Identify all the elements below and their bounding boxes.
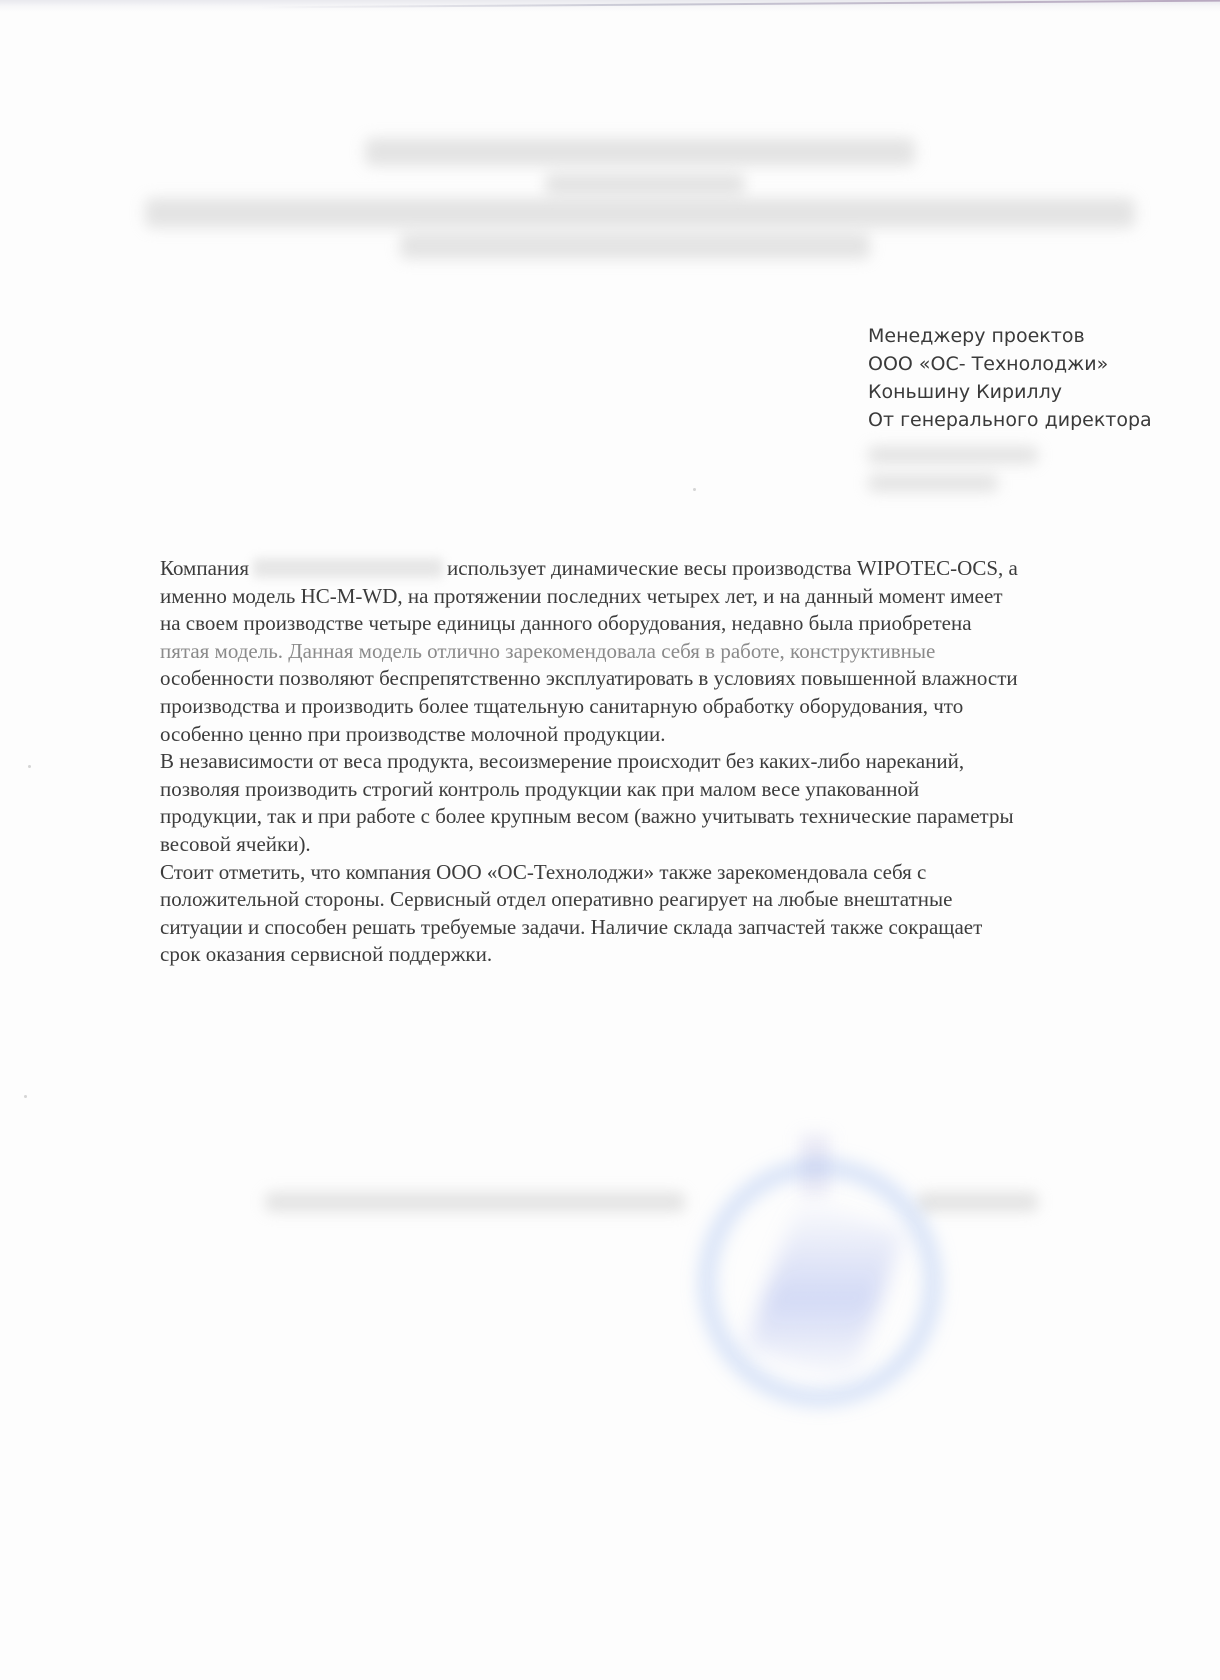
body-text-span: использует динамические весы производств… xyxy=(447,556,1018,580)
body-text-span: производства и производить более тщатель… xyxy=(160,694,963,718)
body-text-span: весовой ячейки). xyxy=(160,832,311,856)
body-line: пятая модель. Данная модель отлично заре… xyxy=(160,638,1160,666)
body-line: срок оказания сервисной поддержки. xyxy=(160,941,1160,969)
body-line: именно модель HC-M-WD, на протяжении пос… xyxy=(160,583,1160,611)
addressee-line: От генерального директора xyxy=(868,406,1152,434)
scan-speck xyxy=(24,1095,27,1098)
letter-body: Компанияиспользует динамические весы про… xyxy=(160,555,1160,969)
sender-company-redacted xyxy=(868,446,1038,464)
letterhead-line-redacted xyxy=(365,138,915,166)
body-line: особенности позволяют беспрепятственно э… xyxy=(160,665,1160,693)
addressee-line: Коньшину Кириллу xyxy=(868,378,1152,406)
body-line: ситуации и способен решать требуемые зад… xyxy=(160,914,1160,942)
signature-title-redacted xyxy=(265,1192,685,1212)
body-line: весовой ячейки). xyxy=(160,831,1160,859)
body-text-span: Компания xyxy=(160,556,249,580)
body-text-span: на своем производстве четыре единицы дан… xyxy=(160,611,972,635)
addressee-line: Менеджеру проектов xyxy=(868,322,1152,350)
body-text-span: ситуации и способен решать требуемые зад… xyxy=(160,915,982,939)
body-line: Компанияиспользует динамические весы про… xyxy=(160,555,1160,583)
company-name-redacted xyxy=(253,558,443,578)
body-line: позволяя производить строгий контроль пр… xyxy=(160,776,1160,804)
body-text-span: Стоит отметить, что компания ООО «ОС-Тех… xyxy=(160,860,926,884)
body-text-span: именно модель HC-M-WD, на протяжении пос… xyxy=(160,584,1003,608)
body-line: производства и производить более тщатель… xyxy=(160,693,1160,721)
body-line: продукции, так и при работе с более круп… xyxy=(160,803,1160,831)
signature-name-redacted xyxy=(918,1192,1038,1212)
body-text-span: срок оказания сервисной поддержки. xyxy=(160,942,492,966)
body-line: положительной стороны. Сервисный отдел о… xyxy=(160,886,1160,914)
letterhead-line-redacted xyxy=(400,233,870,259)
body-text-span: позволяя производить строгий контроль пр… xyxy=(160,777,919,801)
addressee-block: Менеджеру проектов ООО «ОС- Технолоджи» … xyxy=(868,322,1152,434)
addressee-line: ООО «ОС- Технолоджи» xyxy=(868,350,1152,378)
body-text-span: положительной стороны. Сервисный отдел о… xyxy=(160,887,952,911)
body-line: особенно ценно при производстве молочной… xyxy=(160,721,1160,749)
letterhead-redacted xyxy=(0,0,1220,280)
body-text-span: В независимости от веса продукта, весоиз… xyxy=(160,749,964,773)
body-text-span: пятая модель. Данная модель отлично заре… xyxy=(160,639,935,663)
body-text-span: продукции, так и при работе с более круп… xyxy=(160,804,1014,828)
body-line: В независимости от веса продукта, весоиз… xyxy=(160,748,1160,776)
sender-name-redacted xyxy=(868,474,998,492)
letterhead-line-redacted xyxy=(545,173,745,195)
body-line: на своем производстве четыре единицы дан… xyxy=(160,610,1160,638)
scan-speck xyxy=(28,765,31,768)
body-text-span: особенно ценно при производстве молочной… xyxy=(160,722,666,746)
scan-speck xyxy=(693,488,696,491)
letterhead-line-redacted xyxy=(145,198,1135,228)
body-line: Стоит отметить, что компания ООО «ОС-Тех… xyxy=(160,859,1160,887)
body-text-span: особенности позволяют беспрепятственно э… xyxy=(160,666,1018,690)
